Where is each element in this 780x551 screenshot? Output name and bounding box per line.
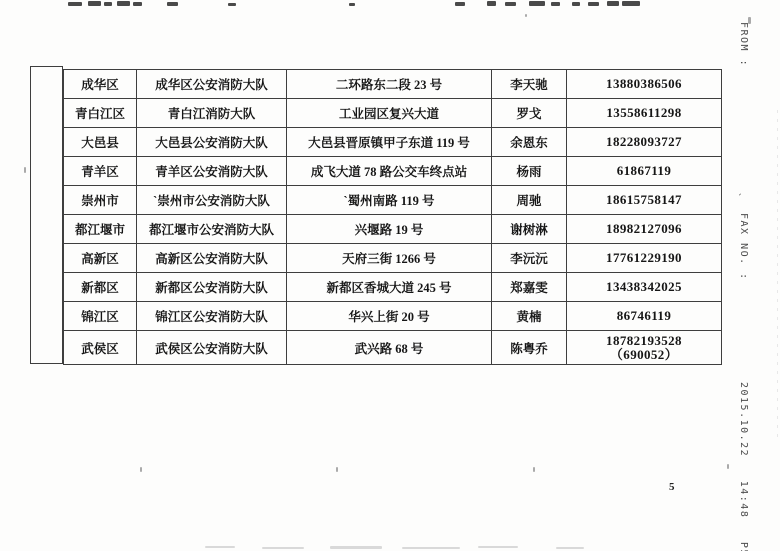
unit-cell: 锦江区公安消防大队 [136,302,286,330]
address-cell: 武兴路 68 号 [286,331,491,364]
district-cell: 崇州市 [64,186,136,214]
fax-from-label: FROM : [738,22,749,67]
table-row: 都江堰市 都江堰市公安消防大队 兴堰路 19 号 谢树淋 18982127096 [64,215,721,244]
district-cell: 都江堰市 [64,215,136,243]
unit-cell: 高新区公安消防大队 [136,244,286,272]
scan-artifact [402,547,460,549]
scan-artifact [525,14,527,17]
scan-artifact [330,546,382,549]
table-row: 大邑县 大邑县公安消防大队 大邑县晋原镇甲子东道 119 号 余恩东 18228… [64,128,721,157]
scan-artifact [607,1,619,6]
contact-cell: 余恩东 [491,128,566,156]
address-cell: 华兴上街 20 号 [286,302,491,330]
address-cell: 工业园区复兴大道 [286,99,491,127]
scan-artifact [588,2,599,6]
phone-cell: 18782193528 （690052） [566,331,721,364]
address-cell: 成飞大道 78 路公交车终点站 [286,157,491,185]
table-row: 武侯区 武侯区公安消防大队 武兴路 68 号 陈粤乔 18782193528 （… [64,331,721,364]
unit-cell: 青羊区公安消防大队 [136,157,286,185]
unit-cell: `崇州市公安消防大队 [136,186,286,214]
scan-artifact [24,167,26,173]
scan-artifact [228,3,236,6]
district-cell: 锦江区 [64,302,136,330]
district-cell: 武侯区 [64,331,136,364]
scan-artifact [140,467,142,472]
contact-cell: 郑嘉雯 [491,273,566,301]
district-cell: 成华区 [64,70,136,98]
fax-date: 2015.10.22 [738,382,749,457]
fax-page-code: P5 [738,542,749,551]
address-cell: 大邑县晋原镇甲子东道 119 号 [286,128,491,156]
table-row: 新都区 新都区公安消防大队 新都区香城大道 245 号 郑嘉雯 13438342… [64,273,721,302]
phone-cell: 13880386506 [566,70,721,98]
contact-cell: 周驰 [491,186,566,214]
scan-artifact [455,2,465,6]
district-cell: 大邑县 [64,128,136,156]
district-cell: 青白江区 [64,99,136,127]
phone-cell: 13558611298 [566,99,721,127]
contact-cell: 陈粤乔 [491,331,566,364]
district-cell: 青羊区 [64,157,136,185]
address-cell: 二环路东二段 23 号 [286,70,491,98]
page-number: 5 [669,481,675,493]
scan-artifact [487,1,496,6]
scan-artifact [336,467,338,472]
fax-number-label: FAX NO. : [738,213,749,281]
scan-artifact [133,2,142,6]
unit-cell: 成华区公安消防大队 [136,70,286,98]
unit-cell: 都江堰市公安消防大队 [136,215,286,243]
unit-cell: 大邑县公安消防大队 [136,128,286,156]
unit-cell: 新都区公安消防大队 [136,273,286,301]
contact-cell: 谢树淋 [491,215,566,243]
fax-datetime: 2015.10.22 14:48 P5 [738,382,749,551]
scan-artifact [551,2,560,6]
scan-artifact [262,547,304,549]
merged-empty-cell [30,66,63,364]
address-cell: `蜀州南路 119 号 [286,186,491,214]
address-cell: 天府三街 1266 号 [286,244,491,272]
fax-page: 成华区 成华区公安消防大队 二环路东二段 23 号 李天驰 1388038650… [0,0,780,551]
contact-cell: 罗戈 [491,99,566,127]
contact-cell: 李天驰 [491,70,566,98]
scan-artifact [88,1,101,6]
phone-cell: 86746119 [566,302,721,330]
scan-artifact [205,546,235,548]
phone-cell: 18615758147 [566,186,721,214]
table-row: 锦江区 锦江区公安消防大队 华兴上街 20 号 黄楠 86746119 [64,302,721,331]
contact-cell: 杨雨 [491,157,566,185]
district-cell: 新都区 [64,273,136,301]
phone-cell: 13438342025 [566,273,721,301]
scan-artifact [104,2,112,6]
scan-artifact [167,2,178,6]
address-cell: 兴堰路 19 号 [286,215,491,243]
scan-artifact [505,2,516,6]
table-row: 成华区 成华区公安消防大队 二环路东二段 23 号 李天驰 1388038650… [64,70,721,99]
contact-cell: 李沅沅 [491,244,566,272]
table-row: 青白江区 青白江消防大队 工业园区复兴大道 罗戈 13558611298 [64,99,721,128]
phone-cell: 17761229190 [566,244,721,272]
phone-cell: 18228093727 [566,128,721,156]
fax-time: 14:48 [738,481,749,519]
scan-artifact [727,464,729,469]
scan-artifact [117,1,130,6]
district-cell: 高新区 [64,244,136,272]
scan-artifact [533,467,535,472]
fire-brigade-contact-table: 成华区 成华区公安消防大队 二环路东二段 23 号 李天驰 1388038650… [63,69,722,365]
table-body: 成华区 成华区公安消防大队 二环路东二段 23 号 李天驰 1388038650… [64,70,721,364]
fax-separator-mark: 、 [737,193,748,203]
scan-artifact [349,3,355,6]
scan-artifact [622,1,640,6]
scan-artifact [572,2,580,6]
scan-edge-streak [777,110,778,440]
phone-cell: 61867119 [566,157,721,185]
scan-artifact [556,547,584,549]
unit-cell: 武侯区公安消防大队 [136,331,286,364]
scan-artifact [529,1,545,6]
phone-cell: 18982127096 [566,215,721,243]
contact-cell: 黄楠 [491,302,566,330]
table-row: 青羊区 青羊区公安消防大队 成飞大道 78 路公交车终点站 杨雨 6186711… [64,157,721,186]
scan-artifact [68,2,82,6]
table-row: 高新区 高新区公安消防大队 天府三街 1266 号 李沅沅 1776122919… [64,244,721,273]
unit-cell: 青白江消防大队 [136,99,286,127]
table-row: 崇州市 `崇州市公安消防大队 `蜀州南路 119 号 周驰 1861575814… [64,186,721,215]
address-cell: 新都区香城大道 245 号 [286,273,491,301]
scan-artifact [478,546,518,548]
